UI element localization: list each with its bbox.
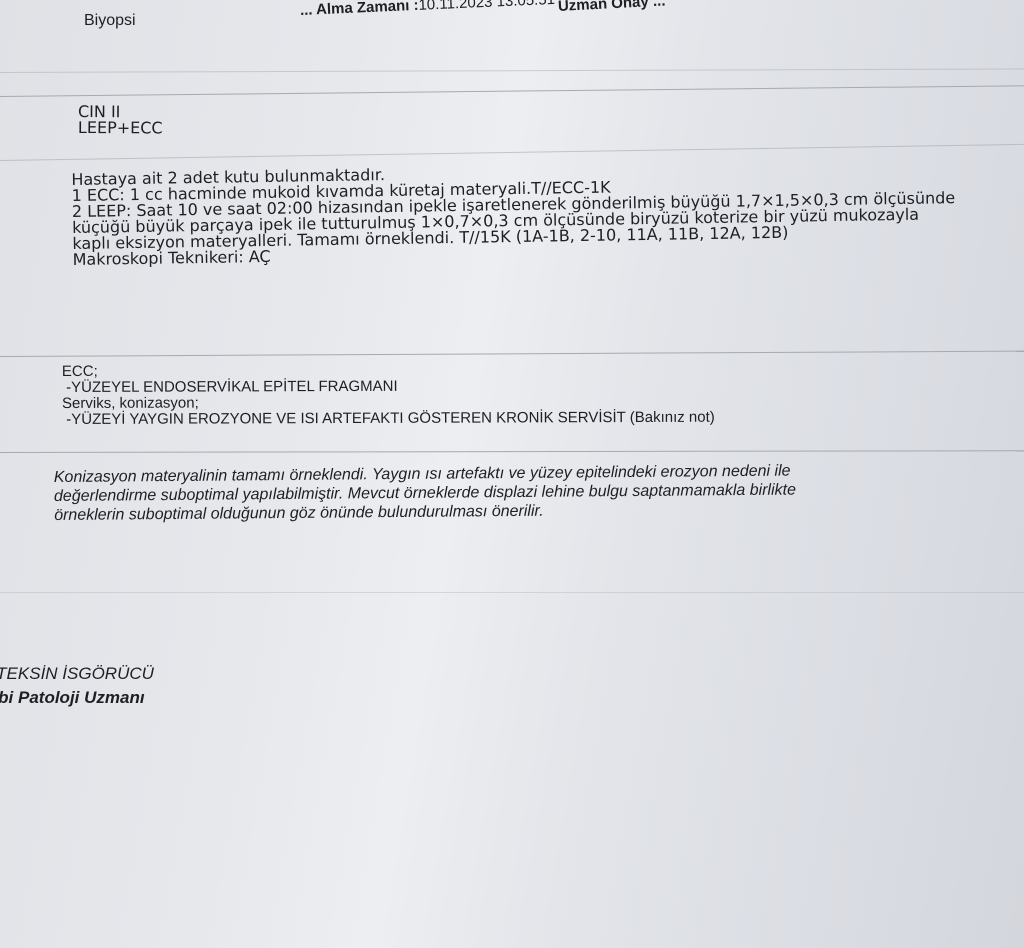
sample-time-value: 10.11.2023 13:05:51 bbox=[418, 0, 555, 14]
signature-title: ...bi Patoloji Uzmanı bbox=[0, 688, 145, 708]
divider bbox=[0, 351, 1024, 357]
clinical-line: LEEP+ECC bbox=[78, 120, 163, 136]
pathology-report-sheet: ... Alma Zamanı :10.11.2023 13:05:51 Uzm… bbox=[0, 0, 1024, 948]
specimen-type: Biyopsi bbox=[84, 12, 136, 30]
divider bbox=[0, 68, 1024, 73]
divider bbox=[0, 144, 1024, 161]
sample-time-label: ... Alma Zamanı : bbox=[300, 0, 419, 19]
divider bbox=[0, 592, 1024, 593]
diagnosis: ECC; -YÜZEYEL ENDOSERVİKAL EPİTEL FRAGMA… bbox=[62, 362, 715, 428]
signature-name: ...TEKSİN İSGÖRÜCÜ bbox=[0, 664, 154, 684]
clinical-info: CIN II LEEP+ECC bbox=[78, 104, 163, 136]
diagnosis-line: -YÜZEYİ YAYGIN EROZYONE VE ISI ARTEFAKTI… bbox=[62, 410, 715, 428]
macroscopy: Hastaya ait 2 adet kutu bulunmaktadır. 1… bbox=[71, 158, 956, 268]
approval-label: Uzman Onay ... bbox=[558, 0, 666, 15]
divider bbox=[0, 450, 1024, 453]
divider bbox=[0, 85, 1024, 97]
sample-time: ... Alma Zamanı :10.11.2023 13:05:51 bbox=[300, 0, 556, 19]
note: Konizasyon materyalinin tamamı örneklend… bbox=[54, 462, 796, 525]
